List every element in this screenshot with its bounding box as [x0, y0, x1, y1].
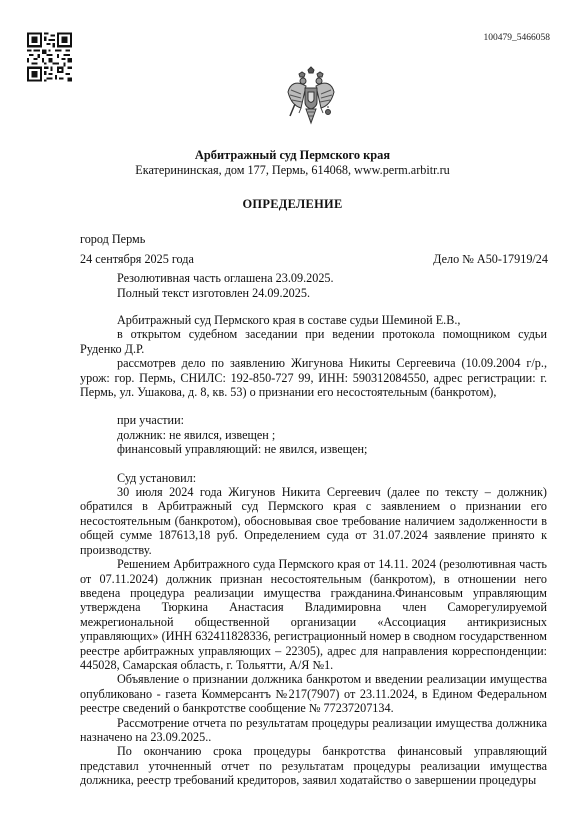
document-title: ОПРЕДЕЛЕНИЕ — [0, 197, 585, 212]
city: город Пермь — [80, 232, 145, 247]
participation-debtor: должник: не явился, извещен ; — [80, 428, 547, 442]
paragraph-procedure-end: По окончанию срока процедуры банкротства… — [80, 744, 547, 787]
full-text-date: Полный текст изготовлен 24.09.2025. — [117, 286, 334, 301]
paragraph-decision: Решением Арбитражного суда Пермского кра… — [80, 557, 547, 672]
date-case-row: 24 сентября 2025 года Дело № А50-17919/2… — [80, 252, 548, 267]
announcement-block: Резолютивная часть оглашена 23.09.2025. … — [117, 271, 334, 300]
russian-coat-of-arms-icon — [286, 66, 336, 126]
intro-court-composition: Арбитражный суд Пермского края в составе… — [80, 313, 547, 327]
operative-part-date: Резолютивная часть оглашена 23.09.2025. — [117, 271, 334, 286]
participation-manager: финансовый управляющий: не явился, извещ… — [80, 442, 547, 456]
intro-case: рассмотрев дело по заявлению Жигунова Ни… — [80, 356, 547, 399]
paragraph-publication: Объявление о признании должника банкрото… — [80, 672, 547, 715]
court-address: Екатерининская, дом 177, Пермь, 614068, … — [0, 163, 585, 178]
court-established: Суд установил: — [80, 471, 547, 485]
intro-session: в открытом судебном заседании при ведени… — [80, 327, 547, 356]
court-name: Арбитражный суд Пермского края — [0, 148, 585, 163]
document-body: Арбитражный суд Пермского края в составе… — [80, 313, 547, 788]
case-number: Дело № А50-17919/24 — [433, 252, 548, 267]
court-header: Арбитражный суд Пермского края Екатерини… — [0, 148, 585, 178]
decision-date: 24 сентября 2025 года — [80, 252, 194, 267]
document-id: 100479_5466058 — [484, 33, 551, 43]
paragraph-report-hearing: Рассмотрение отчета по результатам проце… — [80, 716, 547, 745]
participation-heading: при участии: — [80, 413, 547, 427]
qr-code-icon — [27, 32, 72, 82]
paragraph-application: 30 июля 2024 года Жигунов Никита Сергеев… — [80, 485, 547, 557]
